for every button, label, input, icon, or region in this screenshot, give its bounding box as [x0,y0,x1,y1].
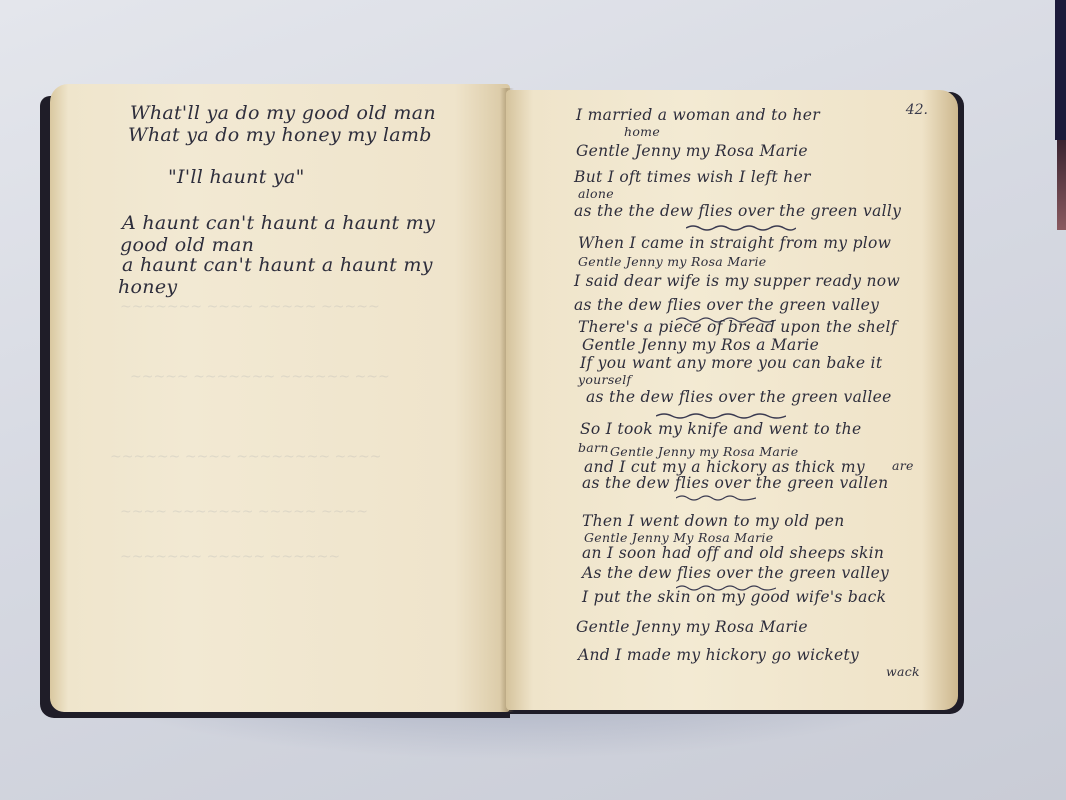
handwritten-line: If you want any more you can bake it [580,354,882,372]
handwritten-line: And I made my hickory go wickety [578,646,859,664]
handwritten-line: an I soon had off and old sheeps skin [582,544,884,562]
handwritten-line: What'll ya do my good old man [130,102,436,124]
right-page: 42. I married a woman and to her home Ge… [506,90,958,710]
handwritten-line: But I oft times wish I left her [574,168,811,186]
handwritten-line: honey [118,276,177,298]
handwritten-line: I put the skin on my good wife's back [582,588,886,606]
handwritten-line: I said dear wife is my supper ready now [574,272,900,290]
open-notebook: ~~~~~~~ ~~~~ ~~~~~ ~~~~~ ~~~~~ ~~~~~~~ ~… [38,82,966,718]
bleed-through-text: ~~~~~~~ ~~~~~ ~~~~~~ [120,549,340,565]
handwritten-line: home [624,124,660,139]
handwritten-line: A haunt can't haunt a haunt my [122,212,435,234]
left-page: ~~~~~~~ ~~~~ ~~~~~ ~~~~~ ~~~~~ ~~~~~~~ ~… [50,84,510,712]
bleed-through-text: ~~~~ ~~~~~~~ ~~~~~ ~~~~ [120,504,368,520]
handwritten-line: Gentle Jenny my Rosa Marie [578,254,766,269]
handwritten-line: yourself [578,372,631,387]
handwritten-line: Gentle Jenny my Rosa Marie [610,444,798,459]
handwritten-line: Then I went down to my old pen [582,512,845,530]
bleed-through-text: ~~~~~ ~~~~~~~ ~~~~~~ ~~~ [130,369,390,385]
handwritten-line: What ya do my honey my lamb [128,124,432,146]
handwritten-line: as the the dew flies over the green vall… [574,202,901,220]
background-object-edge [1055,0,1066,140]
verse-divider-squiggle [656,412,786,418]
handwritten-line: When I came in straight from my plow [578,234,891,252]
handwritten-line: Gentle Jenny my Ros a Marie [582,336,819,354]
background-object-edge [1057,140,1066,230]
page-number: 42. [906,102,928,118]
handwritten-line: as the dew flies over the green vallee [586,388,892,406]
handwritten-line: "I'll haunt ya" [168,166,305,188]
bleed-through-text: ~~~~~~~ ~~~~ ~~~~~ ~~~~~ [120,299,380,315]
handwritten-line: I married a woman and to her [576,106,820,124]
handwritten-line: As the dew flies over the green valley [582,564,889,582]
verse-divider-squiggle [686,224,796,230]
bleed-through-text: ~~~~~~ ~~~~ ~~~~~~~~ ~~~~ [110,449,381,465]
handwritten-line: as the dew flies over the green vallen [582,474,888,492]
handwritten-line: wack [886,664,920,679]
handwritten-line: a haunt can't haunt a haunt my [122,254,433,276]
handwritten-line: good old man [120,234,254,256]
handwritten-line: are [892,458,914,473]
handwritten-line: barn [578,440,609,455]
handwritten-line: There's a piece of bread upon the shelf [578,318,897,336]
handwritten-line: So I took my knife and went to the [580,420,861,438]
underline-squiggle [676,494,756,500]
handwritten-line: as the dew flies over the green valley [574,296,879,314]
handwritten-line: Gentle Jenny My Rosa Marie [584,530,773,545]
handwritten-line: Gentle Jenny my Rosa Marie [576,142,808,160]
handwritten-line: alone [578,186,614,201]
handwritten-line: Gentle Jenny my Rosa Marie [576,618,808,636]
